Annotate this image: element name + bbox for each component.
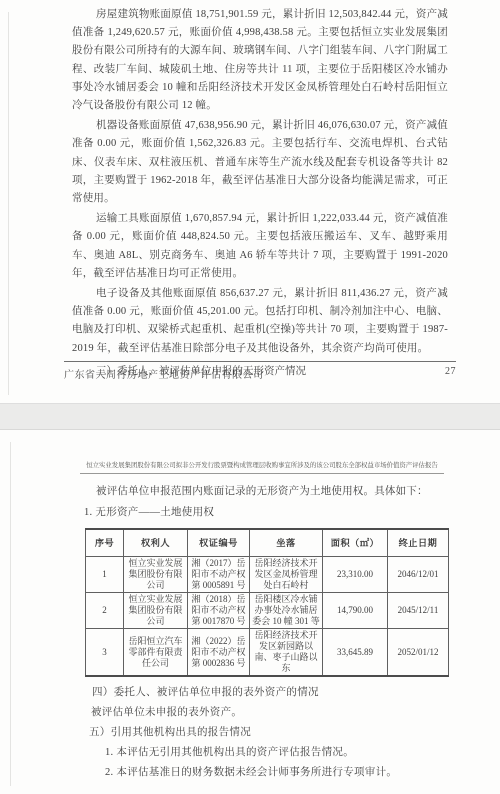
table-header-cell: 权证编号 — [188, 529, 250, 557]
table-cell: 2 — [86, 593, 124, 629]
table-cell: 岳阳恒立汽车零部件有限责任公司 — [124, 629, 188, 677]
table-cell: 14,790.00 — [323, 593, 388, 629]
table-cell: 恒立实业发展集团股份有限公司 — [124, 557, 188, 593]
table-cell: 3 — [86, 629, 124, 677]
land-use-right-table: 序号 权利人 权证编号 坐落 面积（㎡） 终止日期 1 恒立实业发展集团股份有限… — [85, 528, 449, 677]
table-header-cell: 终止日期 — [388, 529, 449, 557]
table-cell: 1 — [86, 557, 124, 593]
section-5-heading: 五）引用其他机构出具的报告情况 — [89, 724, 452, 742]
table-cell: 恒立实业发展集团股份有限公司 — [124, 593, 188, 629]
section-4-heading: 四）委托人、被评估单位申报的表外资产的情况 — [92, 684, 452, 702]
table-header-cell: 权利人 — [124, 529, 188, 557]
table-cell: 23,310.00 — [323, 557, 388, 593]
table-cell: 2052/01/12 — [388, 629, 449, 677]
page-footer: 广东省大周行房地产土地资产评估有限公司 27 — [64, 361, 456, 381]
report-running-header: 恒立实业发展集团股份有限公司拟非公开发行股票暨构成管理层收购事宜所涉及的该公司股… — [80, 460, 444, 474]
table-cell: 33,645.89 — [323, 629, 388, 677]
table-header-cell: 坐落 — [250, 529, 323, 557]
section-4-body: 被评估单位未申报的表外资产。 — [91, 704, 452, 722]
table-cell: 2045/12/11 — [388, 593, 449, 629]
table-cell: 湘（2017）岳阳市不动产权第 0005891 号 — [188, 557, 250, 593]
table-cell: 湘（2022）岳阳市不动产权第 0002836 号 — [188, 629, 250, 677]
paragraph-vehicles: 运输工具账面原值 1,670,857.94 元，累计折旧 1,222,033.4… — [72, 210, 448, 283]
page-1: 房屋建筑物账面原值 18,751,901.59 元，累计折旧 12,503,84… — [0, 0, 500, 403]
table-row: 1 恒立实业发展集团股份有限公司 湘（2017）岳阳市不动产权第 0005891… — [86, 557, 449, 593]
page-2: 恒立实业发展集团股份有限公司拟非公开发行股票暨构成管理层收购事宜所涉及的该公司股… — [0, 430, 500, 794]
table-cell: 岳阳经济技术开发区新园路以南、枣子山路以东 — [250, 629, 323, 677]
land-use-right-title: 1. 无形资产——土地使用权 — [84, 504, 452, 522]
table-row: 3 岳阳恒立汽车零部件有限责任公司 湘（2022）岳阳市不动产权第 000283… — [86, 629, 449, 677]
paragraph-electronics: 电子设备及其他账面原值 856,637.27 元，累计折旧 811,436.27… — [72, 285, 448, 358]
table-cell: 岳阳楼区冷水铺办事处冷水铺居委会 10 幢 301 等 — [250, 593, 323, 629]
table-header-row: 序号 权利人 权证编号 坐落 面积（㎡） 终止日期 — [86, 529, 449, 557]
table-header-cell: 序号 — [86, 529, 124, 557]
intangible-assets-intro: 被评估单位申报范围内账面记录的无形资产为土地使用权。具体如下： — [72, 483, 452, 501]
section-5-item: 2. 本评估基准日的财务数据未经会计师事务所进行专项审计。 — [105, 764, 452, 782]
footer-page-number: 27 — [445, 366, 456, 381]
table-cell: 2046/12/01 — [388, 557, 449, 593]
page-gap — [0, 403, 500, 430]
table-row: 2 恒立实业发展集团股份有限公司 湘（2018）岳阳市不动产权第 0017870… — [86, 593, 449, 629]
table-cell: 岳阳经济技术开发区金凤桥管理处白石岭村 — [250, 557, 323, 593]
paragraph-buildings: 房屋建筑物账面原值 18,751,901.59 元，累计折旧 12,503,84… — [72, 6, 448, 115]
section-5-item: 1. 本评估无引用其他机构出具的资产评估报告情况。 — [105, 744, 452, 762]
paragraph-machinery: 机器设备账面原值 47,638,956.90 元，累计折旧 46,076,630… — [72, 117, 448, 208]
footer-company-name: 广东省大周行房地产土地资产评估有限公司 — [64, 366, 264, 381]
table-cell: 湘（2018）岳阳市不动产权第 0017870 号 — [188, 593, 250, 629]
table-header-cell: 面积（㎡） — [323, 529, 388, 557]
